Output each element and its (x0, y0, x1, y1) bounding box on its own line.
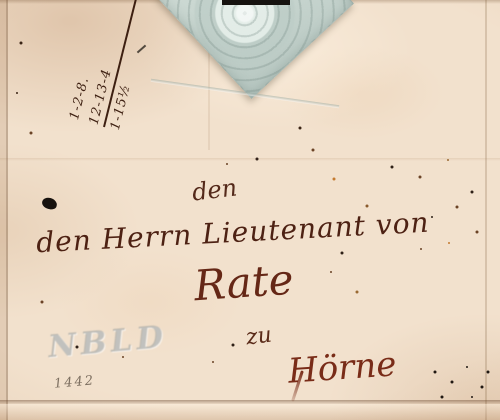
photo-top-mask (222, 0, 290, 5)
paper-bottom-flap (0, 404, 500, 420)
address-line-3: Rate (192, 255, 295, 311)
address-line-2: den Herrn Lieutenant von (35, 206, 430, 260)
address-line-5: Hörne (287, 344, 398, 391)
paper-right-fold (485, 0, 487, 420)
postal-rate-notation: 1-2-8. 12-13-4 1-15½ (65, 0, 157, 132)
letter-cover-photo: 1-2-8. 12-13-4 1-15½ den den Herrn Lieut… (0, 0, 500, 420)
foxing-spots (0, 0, 2, 2)
handstamp-nbld: NBLD (47, 319, 169, 365)
ink-blot (41, 196, 58, 210)
horizontal-crease (0, 158, 500, 161)
paper-left-edge (6, 0, 8, 420)
address-line-4: zu (245, 323, 274, 351)
pencil-number: 1442 (53, 373, 95, 392)
address-line-1: den (190, 173, 238, 206)
